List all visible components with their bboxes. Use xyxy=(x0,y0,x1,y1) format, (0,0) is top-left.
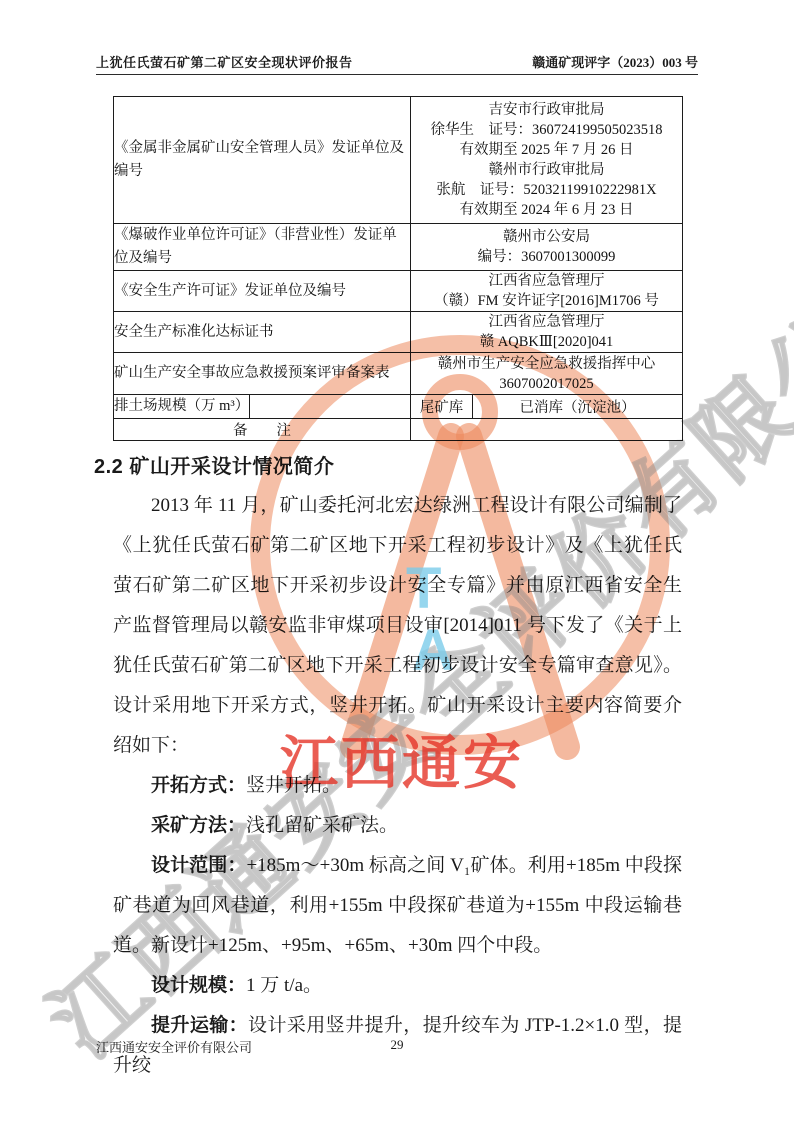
report-page: { "header": { "left_title": "上犹任氏萤石矿第二矿区… xyxy=(0,0,794,1123)
paragraph-text: 1 万 t/a。 xyxy=(246,975,322,996)
cert-value: 吉安市行政审批局徐华生 证号：360724199505023518有效期至 20… xyxy=(411,97,683,224)
table-row: 《金属非金属矿山安全管理人员》发证单位及编号 吉安市行政审批局徐华生 证号：36… xyxy=(114,97,683,224)
note-label: 备 注 xyxy=(114,419,411,441)
dump-scale-value xyxy=(250,395,411,419)
cert-value: 赣州市生产安全应急救援指挥中心3607002017025 xyxy=(411,353,683,395)
header-rule xyxy=(96,74,698,75)
cert-value: 江西省应急管理厅（赣）FM 安许证字[2016]M1706 号 xyxy=(411,271,683,312)
paragraph-label: 采矿方法： xyxy=(151,815,246,836)
cert-value: 江西省应急管理厅赣 AQBKⅢ[2020]041 xyxy=(411,312,683,353)
footer-page-number: 29 xyxy=(0,1037,794,1053)
paragraph-text: 浅孔留矿采矿法。 xyxy=(246,815,398,836)
table-row: 安全生产标准化达标证书 江西省应急管理厅赣 AQBKⅢ[2020]041 xyxy=(114,312,683,353)
paragraph-label: 提升运输： xyxy=(151,1015,248,1036)
cert-label: 《安全生产许可证》发证单位及编号 xyxy=(114,271,411,312)
cert-label: 《金属非金属矿山安全管理人员》发证单位及编号 xyxy=(114,97,411,224)
table-row-dump-tailings: 排土场规模（万 m³） 尾矿库 已消库（沉淀池） xyxy=(114,395,683,419)
cert-label: 矿山生产安全事故应急救援预案评审备案表 xyxy=(114,353,411,395)
paragraph: 设计范围：+185m～+30m 标高之间 V₁矿体。利用+185m 中段探矿巷道… xyxy=(113,846,682,966)
paragraph-text: 2013 年 11 月，矿山委托河北宏达绿洲工程设计有限公司编制了《上犹任氏萤石… xyxy=(113,495,682,756)
table-row: 《爆破作业单位许可证》（非营业性）发证单位及编号 赣州市公安局编号：360700… xyxy=(114,224,683,271)
table-row-note: 备 注 xyxy=(114,419,683,441)
header-doc-number: 赣通矿现评字（2023）003 号 xyxy=(96,52,698,71)
paragraph: 设计规模：1 万 t/a。 xyxy=(113,966,682,1006)
body-text: 2013 年 11 月，矿山委托河北宏达绿洲工程设计有限公司编制了《上犹任氏萤石… xyxy=(113,486,682,1086)
paragraph-label: 设计规模： xyxy=(151,975,246,996)
note-value xyxy=(411,419,683,441)
table-row: 矿山生产安全事故应急救援预案评审备案表 赣州市生产安全应急救援指挥中心36070… xyxy=(114,353,683,395)
table-row: 《安全生产许可证》发证单位及编号 江西省应急管理厅（赣）FM 安许证字[2016… xyxy=(114,271,683,312)
cert-label: 《爆破作业单位许可证》（非营业性）发证单位及编号 xyxy=(114,224,411,271)
section-heading: 2.2 矿山开采设计情况简介 xyxy=(94,450,334,479)
paragraph: 开拓方式：竖井开拓。 xyxy=(113,766,682,806)
paragraph-label: 设计范围： xyxy=(151,855,246,876)
paragraph: 2013 年 11 月，矿山委托河北宏达绿洲工程设计有限公司编制了《上犹任氏萤石… xyxy=(113,486,682,766)
tailings-label: 尾矿库 xyxy=(411,395,473,419)
dump-scale-label: 排土场规模（万 m³） xyxy=(114,395,250,419)
paragraph-text: 竖井开拓。 xyxy=(246,775,341,796)
cert-value: 赣州市公安局编号：3607001300099 xyxy=(411,224,683,271)
paragraph: 采矿方法：浅孔留矿采矿法。 xyxy=(113,806,682,846)
certificate-table: 《金属非金属矿山安全管理人员》发证单位及编号 吉安市行政审批局徐华生 证号：36… xyxy=(113,96,683,441)
tailings-value: 已消库（沉淀池） xyxy=(473,395,683,419)
paragraph-label: 开拓方式： xyxy=(151,775,246,796)
cert-label: 安全生产标准化达标证书 xyxy=(114,312,411,353)
